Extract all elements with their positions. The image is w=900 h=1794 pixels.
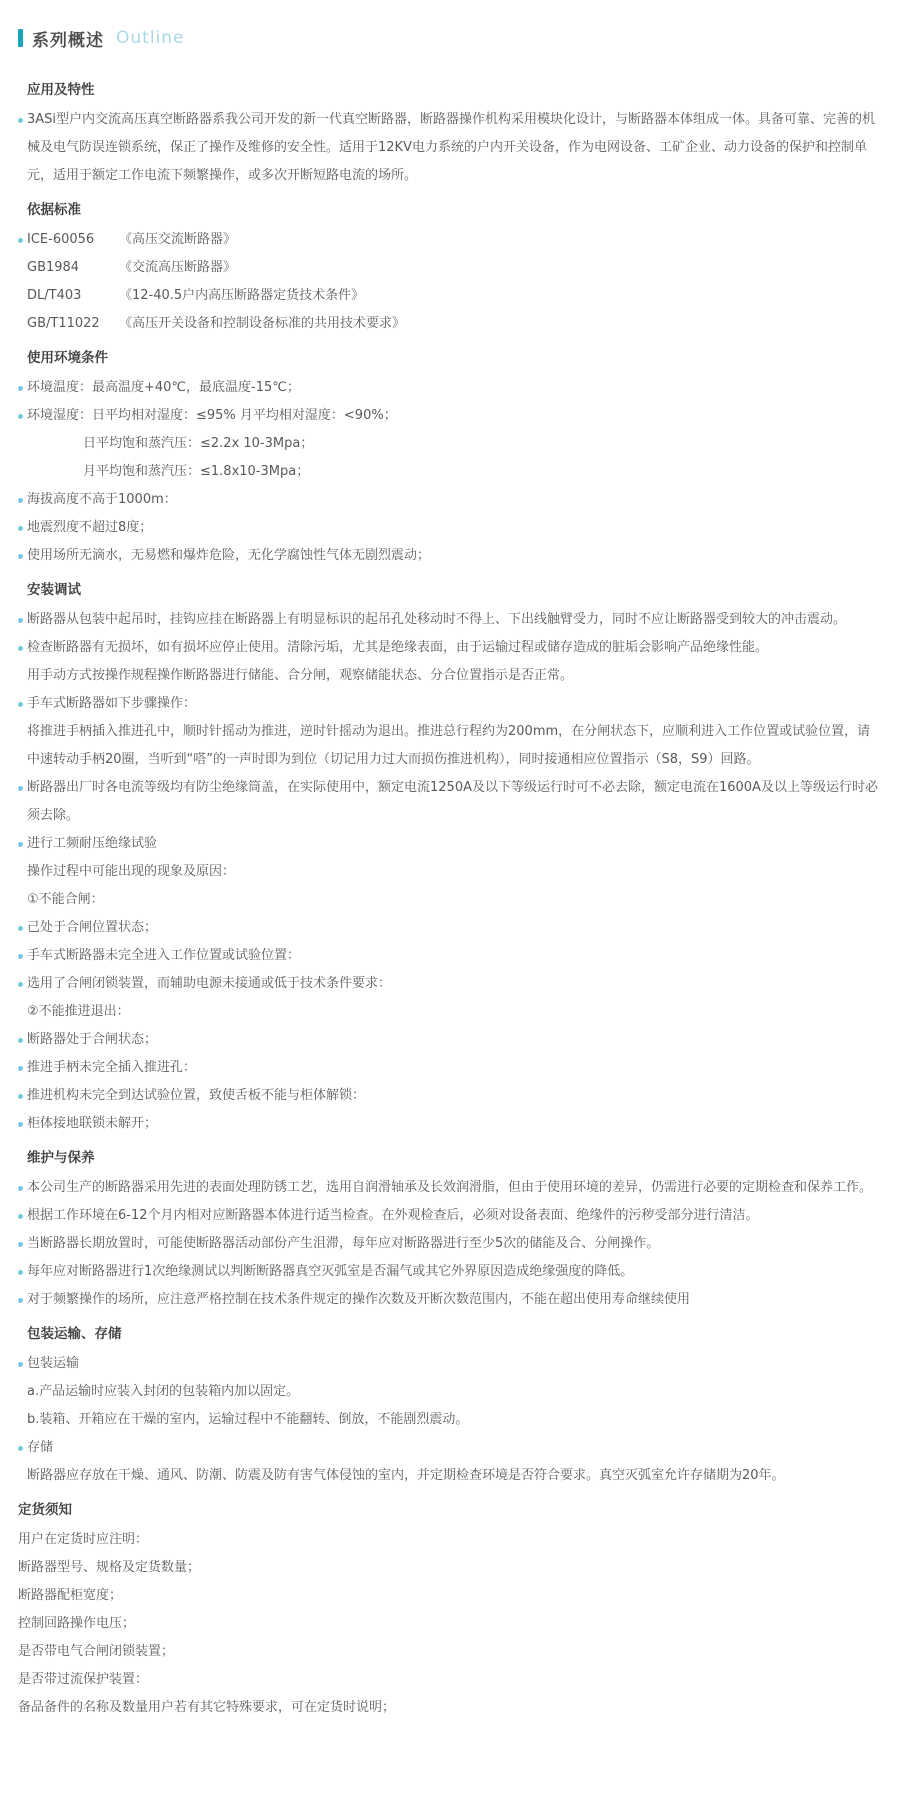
bullet-icon — [18, 1038, 23, 1043]
item-text: 存储 — [27, 1440, 53, 1455]
document-content: 应用及特性3ASi型户内交流高压真空断路器系我公司开发的新一代真空断路器，断路器… — [18, 76, 880, 1722]
list-item: 断路器应存放在干燥、通风、防潮、防震及防有害气体侵蚀的室内，并定期检查环境是否符… — [18, 1462, 880, 1490]
item-text: 使用场所无滴水，无易燃和爆炸危险，无化学腐蚀性气体无剧烈震动； — [27, 548, 430, 563]
list-item: 控制回路操作电压； — [18, 1610, 880, 1638]
item-text: 备品备件的名称及数量用户若有其它特殊要求，可在定货时说明； — [18, 1700, 395, 1715]
list-item: 对于频繁操作的场所，应注意严格控制在技术条件规定的操作次数及开断次数范围内，不能… — [18, 1286, 880, 1314]
item-text: 海拔高度不高于1000m： — [27, 492, 177, 507]
section-heading: 使用环境条件 — [18, 344, 880, 372]
list-item: 将推进手柄插入推进孔中，顺时针摇动为推进，逆时针摇动为退出。推进总行程约为200… — [18, 718, 880, 774]
bullet-icon — [18, 1298, 23, 1303]
list-item: 进行工频耐压绝缘试验 — [18, 830, 880, 858]
item-text: 对于频繁操作的场所，应注意严格控制在技术条件规定的操作次数及开断次数范围内，不能… — [27, 1292, 690, 1307]
item-text: 是否带电气合闸闭锁装置； — [18, 1644, 174, 1659]
bullet-icon — [18, 1242, 23, 1247]
section: 维护与保养本公司生产的断路器采用先进的表面处理防锈工艺，选用自润滑轴承及长效润滑… — [18, 1144, 880, 1314]
item-text: 断路器从包装中起吊时，挂钩应挂在断路器上有明显标识的起吊孔处移动时不得上、下出线… — [27, 612, 846, 627]
item-text: 当断路器长期放置时，可能使断路器活动部份产生沮滞，每年应对断路器进行至少5次的储… — [27, 1236, 659, 1251]
list-item: 本公司生产的断路器采用先进的表面处理防锈工艺，选用自润滑轴承及长效润滑脂，但由于… — [18, 1174, 880, 1202]
item-text: 断路器配柜宽度； — [18, 1588, 122, 1603]
item-text: ②不能推进退出： — [27, 1004, 130, 1019]
bullet-icon — [18, 926, 23, 931]
list-item: DL/T403《12-40.5户内高压断路器定货技术条件》 — [18, 282, 880, 310]
item-text: b.装箱、开箱应在干燥的室内，运输过程中不能翻转、倒放，不能剧烈震动。 — [27, 1412, 468, 1427]
item-text: 己处于合闸位置状态； — [27, 920, 157, 935]
item-text: 包装运输 — [27, 1356, 79, 1371]
item-text: 推进手柄未完全插入推进孔： — [27, 1060, 196, 1075]
item-text: 选用了合闸闭锁装置，而辅助电源未接通或低于技术条件要求： — [27, 976, 391, 991]
list-item: 海拔高度不高于1000m： — [18, 486, 880, 514]
section-heading: 应用及特性 — [18, 76, 880, 104]
list-item: 存储 — [18, 1434, 880, 1462]
list-item: 环境湿度：日平均相对湿度：≤95% 月平均相对湿度：<90%； — [18, 402, 880, 430]
bullet-icon — [18, 982, 23, 987]
list-item: a.产品运输时应装入封闭的包装箱内加以固定。 — [18, 1378, 880, 1406]
bullet-icon — [18, 498, 23, 503]
bullet-icon — [18, 786, 23, 791]
list-item: 每年应对断路器进行1次绝缘测试以判断断路器真空灭弧室是否漏气或其它外界原因造成绝… — [18, 1258, 880, 1286]
list-item: 根据工作环境在6-12个月内相对应断路器本体进行适当检查。在外观检查后，必须对设… — [18, 1202, 880, 1230]
page-title: 系列概述 — [32, 26, 104, 51]
bullet-icon — [18, 618, 23, 623]
standard-code: GB1984 — [27, 254, 119, 282]
item-text: 根据工作环境在6-12个月内相对应断路器本体进行适当检查。在外观检查后，必须对设… — [27, 1208, 759, 1223]
bullet-icon — [18, 842, 23, 847]
item-text: 3ASi型户内交流高压真空断路器系我公司开发的新一代真空断路器，断路器操作机构采… — [27, 112, 875, 183]
section-heading: 安装调试 — [18, 576, 880, 604]
item-text: 地震烈度不超过8度； — [27, 520, 152, 535]
document-page: 系列概述 Outline 应用及特性3ASi型户内交流高压真空断路器系我公司开发… — [0, 0, 900, 1762]
standard-title: 《交流高压断路器》 — [119, 260, 236, 275]
list-item: 是否带电气合闸闭锁装置； — [18, 1638, 880, 1666]
section-heading: 维护与保养 — [18, 1144, 880, 1172]
list-item: 断路器配柜宽度； — [18, 1582, 880, 1610]
bullet-icon — [18, 554, 23, 559]
item-text: 柜体接地联锁未解开； — [27, 1116, 157, 1131]
list-item: 备品备件的名称及数量用户若有其它特殊要求，可在定货时说明； — [18, 1694, 880, 1722]
list-item: 手车式断路器如下步骤操作： — [18, 690, 880, 718]
item-text: 手车式断路器未完全进入工作位置或试验位置： — [27, 948, 300, 963]
item-text: 控制回路操作电压； — [18, 1616, 135, 1631]
bullet-icon — [18, 1186, 23, 1191]
list-item: 断路器型号、规格及定货数量； — [18, 1554, 880, 1582]
list-item: 柜体接地联锁未解开； — [18, 1110, 880, 1138]
bullet-icon — [18, 1446, 23, 1451]
standard-title: 《12-40.5户内高压断路器定货技术条件》 — [119, 288, 364, 303]
bullet-icon — [18, 646, 23, 651]
item-text: 进行工频耐压绝缘试验 — [27, 836, 157, 851]
item-text: 环境湿度：日平均相对湿度：≤95% 月平均相对湿度：<90%； — [27, 408, 397, 423]
standard-code: DL/T403 — [27, 282, 119, 310]
bullet-icon — [18, 702, 23, 707]
list-item: 地震烈度不超过8度； — [18, 514, 880, 542]
item-text: 月平均饱和蒸汽压：≤1.8x10-3Mpa； — [83, 464, 309, 479]
item-text: 是否带过流保护装置： — [18, 1672, 148, 1687]
list-item: 选用了合闸闭锁装置，而辅助电源未接通或低于技术条件要求： — [18, 970, 880, 998]
section-heading: 依据标准 — [18, 196, 880, 224]
list-item: 当断路器长期放置时，可能使断路器活动部份产生沮滞，每年应对断路器进行至少5次的储… — [18, 1230, 880, 1258]
standard-code: GB/T11022 — [27, 310, 119, 338]
section: 使用环境条件环境温度：最高温度+40℃，最底温度-15℃；环境湿度：日平均相对湿… — [18, 344, 880, 570]
bullet-icon — [18, 1094, 23, 1099]
page-subtitle: Outline — [116, 28, 185, 48]
bullet-icon — [18, 526, 23, 531]
section: 定货须知用户在定货时应注明：断路器型号、规格及定货数量；断路器配柜宽度；控制回路… — [18, 1496, 880, 1722]
item-text: 断路器处于合闸状态； — [27, 1032, 157, 1047]
item-text: 检查断路器有无损坏，如有损坏应停止使用。清除污垢，尤其是绝缘表面，由于运输过程或… — [27, 640, 768, 655]
item-text: 手车式断路器如下步骤操作： — [27, 696, 196, 711]
item-text: 每年应对断路器进行1次绝缘测试以判断断路器真空灭弧室是否漏气或其它外界原因造成绝… — [27, 1264, 633, 1279]
list-item: GB1984《交流高压断路器》 — [18, 254, 880, 282]
list-item: 是否带过流保护装置： — [18, 1666, 880, 1694]
bullet-icon — [18, 386, 23, 391]
item-text: 断路器型号、规格及定货数量； — [18, 1560, 200, 1575]
section: 应用及特性3ASi型户内交流高压真空断路器系我公司开发的新一代真空断路器，断路器… — [18, 76, 880, 190]
list-item: 断路器处于合闸状态； — [18, 1026, 880, 1054]
list-item: 推进机构未完全到达试验位置，致使舌板不能与柜体解锁： — [18, 1082, 880, 1110]
list-item: 包装运输 — [18, 1350, 880, 1378]
list-item: 环境温度：最高温度+40℃，最底温度-15℃； — [18, 374, 880, 402]
item-text: 环境温度：最高温度+40℃，最底温度-15℃； — [27, 380, 300, 395]
section: 安装调试断路器从包装中起吊时，挂钩应挂在断路器上有明显标识的起吊孔处移动时不得上… — [18, 576, 880, 1138]
item-text: ①不能合闸： — [27, 892, 104, 907]
list-item: 检查断路器有无损坏，如有损坏应停止使用。清除污垢，尤其是绝缘表面，由于运输过程或… — [18, 634, 880, 662]
item-text: 推进机构未完全到达试验位置，致使舌板不能与柜体解锁： — [27, 1088, 365, 1103]
item-text: 本公司生产的断路器采用先进的表面处理防锈工艺，选用自润滑轴承及长效润滑脂，但由于… — [27, 1180, 872, 1195]
list-item: 3ASi型户内交流高压真空断路器系我公司开发的新一代真空断路器，断路器操作机构采… — [18, 106, 880, 190]
list-item: 断路器出厂时各电流等级均有防尘绝缘筒盖，在实际使用中，额定电流1250A及以下等… — [18, 774, 880, 830]
list-item: b.装箱、开箱应在干燥的室内，运输过程中不能翻转、倒放，不能剧烈震动。 — [18, 1406, 880, 1434]
item-text: 用手动方式按操作规程操作断路器进行储能、合分闸，观察储能状态、分合位置指示是否正… — [27, 668, 573, 683]
bullet-icon — [18, 1066, 23, 1071]
list-item: 操作过程中可能出现的现象及原因： — [18, 858, 880, 886]
section-heading: 包装运输、存储 — [18, 1320, 880, 1348]
list-item: 日平均饱和蒸汽压：≤2.2x 10-3Mpa； — [18, 430, 880, 458]
section: 依据标准ICE-60056《高压交流断路器》GB1984《交流高压断路器》DL/… — [18, 196, 880, 338]
list-item: 用手动方式按操作规程操作断路器进行储能、合分闸，观察储能状态、分合位置指示是否正… — [18, 662, 880, 690]
section: 包装运输、存储包装运输a.产品运输时应装入封闭的包装箱内加以固定。b.装箱、开箱… — [18, 1320, 880, 1490]
bullet-icon — [18, 118, 23, 123]
list-item: 断路器从包装中起吊时，挂钩应挂在断路器上有明显标识的起吊孔处移动时不得上、下出线… — [18, 606, 880, 634]
item-text: 用户在定货时应注明： — [18, 1532, 148, 1547]
list-item: 使用场所无滴水，无易燃和爆炸危险，无化学腐蚀性气体无剧烈震动； — [18, 542, 880, 570]
list-item: 己处于合闸位置状态； — [18, 914, 880, 942]
bullet-icon — [18, 238, 23, 243]
bullet-icon — [18, 414, 23, 419]
bullet-icon — [18, 954, 23, 959]
accent-bar-icon — [18, 29, 23, 47]
item-text: a.产品运输时应装入封闭的包装箱内加以固定。 — [27, 1384, 299, 1399]
item-text: 操作过程中可能出现的现象及原因： — [27, 864, 235, 879]
bullet-icon — [18, 1214, 23, 1219]
list-item: 月平均饱和蒸汽压：≤1.8x10-3Mpa； — [18, 458, 880, 486]
bullet-icon — [18, 1362, 23, 1367]
list-item: 推进手柄未完全插入推进孔： — [18, 1054, 880, 1082]
list-item: 用户在定货时应注明： — [18, 1526, 880, 1554]
section-heading: 定货须知 — [18, 1496, 880, 1524]
bullet-icon — [18, 1270, 23, 1275]
list-item: ①不能合闸： — [18, 886, 880, 914]
standard-code: ICE-60056 — [27, 226, 119, 254]
list-item: ICE-60056《高压交流断路器》 — [18, 226, 880, 254]
item-text: 断路器出厂时各电流等级均有防尘绝缘筒盖，在实际使用中，额定电流1250A及以下等… — [27, 780, 878, 823]
item-text: 日平均饱和蒸汽压：≤2.2x 10-3Mpa； — [83, 436, 313, 451]
standard-title: 《高压交流断路器》 — [119, 232, 236, 247]
list-item: GB/T11022《高压开关设备和控制设备标准的共用技术要求》 — [18, 310, 880, 338]
item-text: 断路器应存放在干燥、通风、防潮、防震及防有害气体侵蚀的室内，并定期检查环境是否符… — [27, 1468, 785, 1483]
item-text: 将推进手柄插入推进孔中，顺时针摇动为推进，逆时针摇动为退出。推进总行程约为200… — [27, 724, 870, 767]
page-header: 系列概述 Outline — [18, 26, 880, 50]
standard-title: 《高压开关设备和控制设备标准的共用技术要求》 — [119, 316, 405, 331]
list-item: ②不能推进退出： — [18, 998, 880, 1026]
list-item: 手车式断路器未完全进入工作位置或试验位置： — [18, 942, 880, 970]
bullet-icon — [18, 1122, 23, 1127]
